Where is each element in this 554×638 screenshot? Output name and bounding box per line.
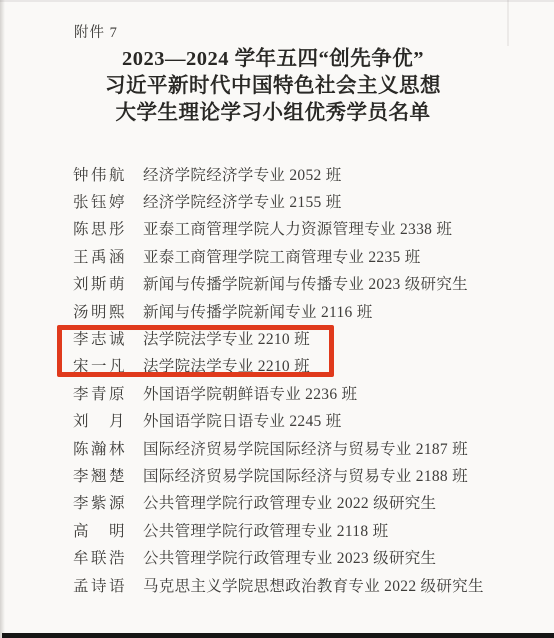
student-affiliation: 公共管理学院行政管理专业 2118 班 [143, 519, 388, 541]
attachment-label: 附件 7 [74, 21, 118, 42]
document-page: 附件 7 2023—2024 学年五四“创先争优” 习近平新时代中国特色社会主义… [0, 0, 554, 638]
student-affiliation: 外国语学院日语专业 2245 班 [143, 409, 342, 431]
student-list: 钟伟航 经济学院经济学专业 2052 班 张钰婷 经济学院经济学专业 2155 … [73, 160, 554, 598]
student-row: 孟诗语 马克思主义学院思想政治教育专业 2022 级研究生 [73, 571, 554, 598]
student-row: 汤明熙 新闻与传播学院新闻专业 2116 班 [73, 297, 554, 324]
student-name: 李翘楚 [73, 464, 135, 486]
student-name: 张钰婷 [73, 190, 135, 212]
student-row: 高 明 公共管理学院行政管理专业 2118 班 [73, 516, 554, 543]
student-row: 刘 月 外国语学院日语专业 2245 班 [73, 407, 554, 434]
student-affiliation: 经济学院经济学专业 2052 班 [143, 163, 342, 185]
student-name: 钟伟航 [73, 163, 135, 185]
student-name: 高 明 [73, 519, 135, 541]
student-name: 刘 月 [73, 409, 135, 431]
student-affiliation: 公共管理学院行政管理专业 2022 级研究生 [143, 491, 436, 513]
title-line-1: 2023—2024 学年五四“创先争优” [0, 46, 546, 73]
student-affiliation: 马克思主义学院思想政治教育专业 2022 级研究生 [143, 574, 484, 596]
student-row: 李紫源 公共管理学院行政管理专业 2022 级研究生 [73, 489, 554, 516]
student-affiliation: 亚泰工商管理学院人力资源管理专业 2338 班 [143, 217, 452, 239]
student-name: 李青原 [73, 382, 135, 404]
student-row: 陈瀚林 国际经济贸易学院国际经济与贸易专业 2187 班 [73, 434, 554, 461]
student-affiliation: 国际经济贸易学院国际经济与贸易专业 2187 班 [143, 437, 468, 459]
document-title: 2023—2024 学年五四“创先争优” 习近平新时代中国特色社会主义思想 大学… [0, 46, 546, 127]
scan-edge-bottom [2, 633, 554, 638]
student-row: 刘斯萌 新闻与传播学院新闻与传播专业 2023 级研究生 [73, 270, 554, 297]
student-affiliation: 公共管理学院行政管理专业 2023 级研究生 [143, 546, 436, 568]
student-affiliation: 新闻与传播学院新闻专业 2116 班 [143, 300, 373, 322]
student-affiliation: 亚泰工商管理学院工商管理专业 2235 班 [143, 245, 421, 267]
student-name: 王禹涵 [73, 245, 135, 267]
student-affiliation: 外国语学院朝鲜语专业 2236 班 [143, 382, 357, 404]
scan-edge-top [0, 0, 554, 2]
student-name: 陈思彤 [73, 217, 135, 239]
student-name: 李紫源 [73, 491, 135, 513]
student-name: 孟诗语 [73, 574, 135, 596]
title-line-2: 习近平新时代中国特色社会主义思想 [0, 73, 546, 100]
student-affiliation: 国际经济贸易学院国际经济与贸易专业 2188 班 [143, 464, 468, 486]
student-name: 刘斯萌 [73, 272, 135, 294]
title-line-3: 大学生理论学习小组优秀学员名单 [0, 100, 546, 127]
student-name: 牟联浩 [73, 546, 135, 568]
student-row: 张钰婷 经济学院经济学专业 2155 班 [73, 187, 554, 214]
student-row: 牟联浩 公共管理学院行政管理专业 2023 级研究生 [73, 543, 554, 570]
student-row: 陈思彤 亚泰工商管理学院人力资源管理专业 2338 班 [73, 215, 554, 242]
student-row: 李翘楚 国际经济贸易学院国际经济与贸易专业 2188 班 [73, 461, 554, 488]
student-row: 钟伟航 经济学院经济学专业 2052 班 [73, 160, 554, 187]
student-affiliation: 经济学院经济学专业 2155 班 [143, 190, 342, 212]
scan-fold-line [507, 0, 509, 46]
highlight-box [57, 325, 334, 377]
student-name: 陈瀚林 [73, 437, 135, 459]
student-row: 李青原 外国语学院朝鲜语专业 2236 班 [73, 379, 554, 406]
student-affiliation: 新闻与传播学院新闻与传播专业 2023 级研究生 [143, 272, 468, 294]
student-row: 王禹涵 亚泰工商管理学院工商管理专业 2235 班 [73, 242, 554, 269]
student-name: 汤明熙 [73, 300, 135, 322]
